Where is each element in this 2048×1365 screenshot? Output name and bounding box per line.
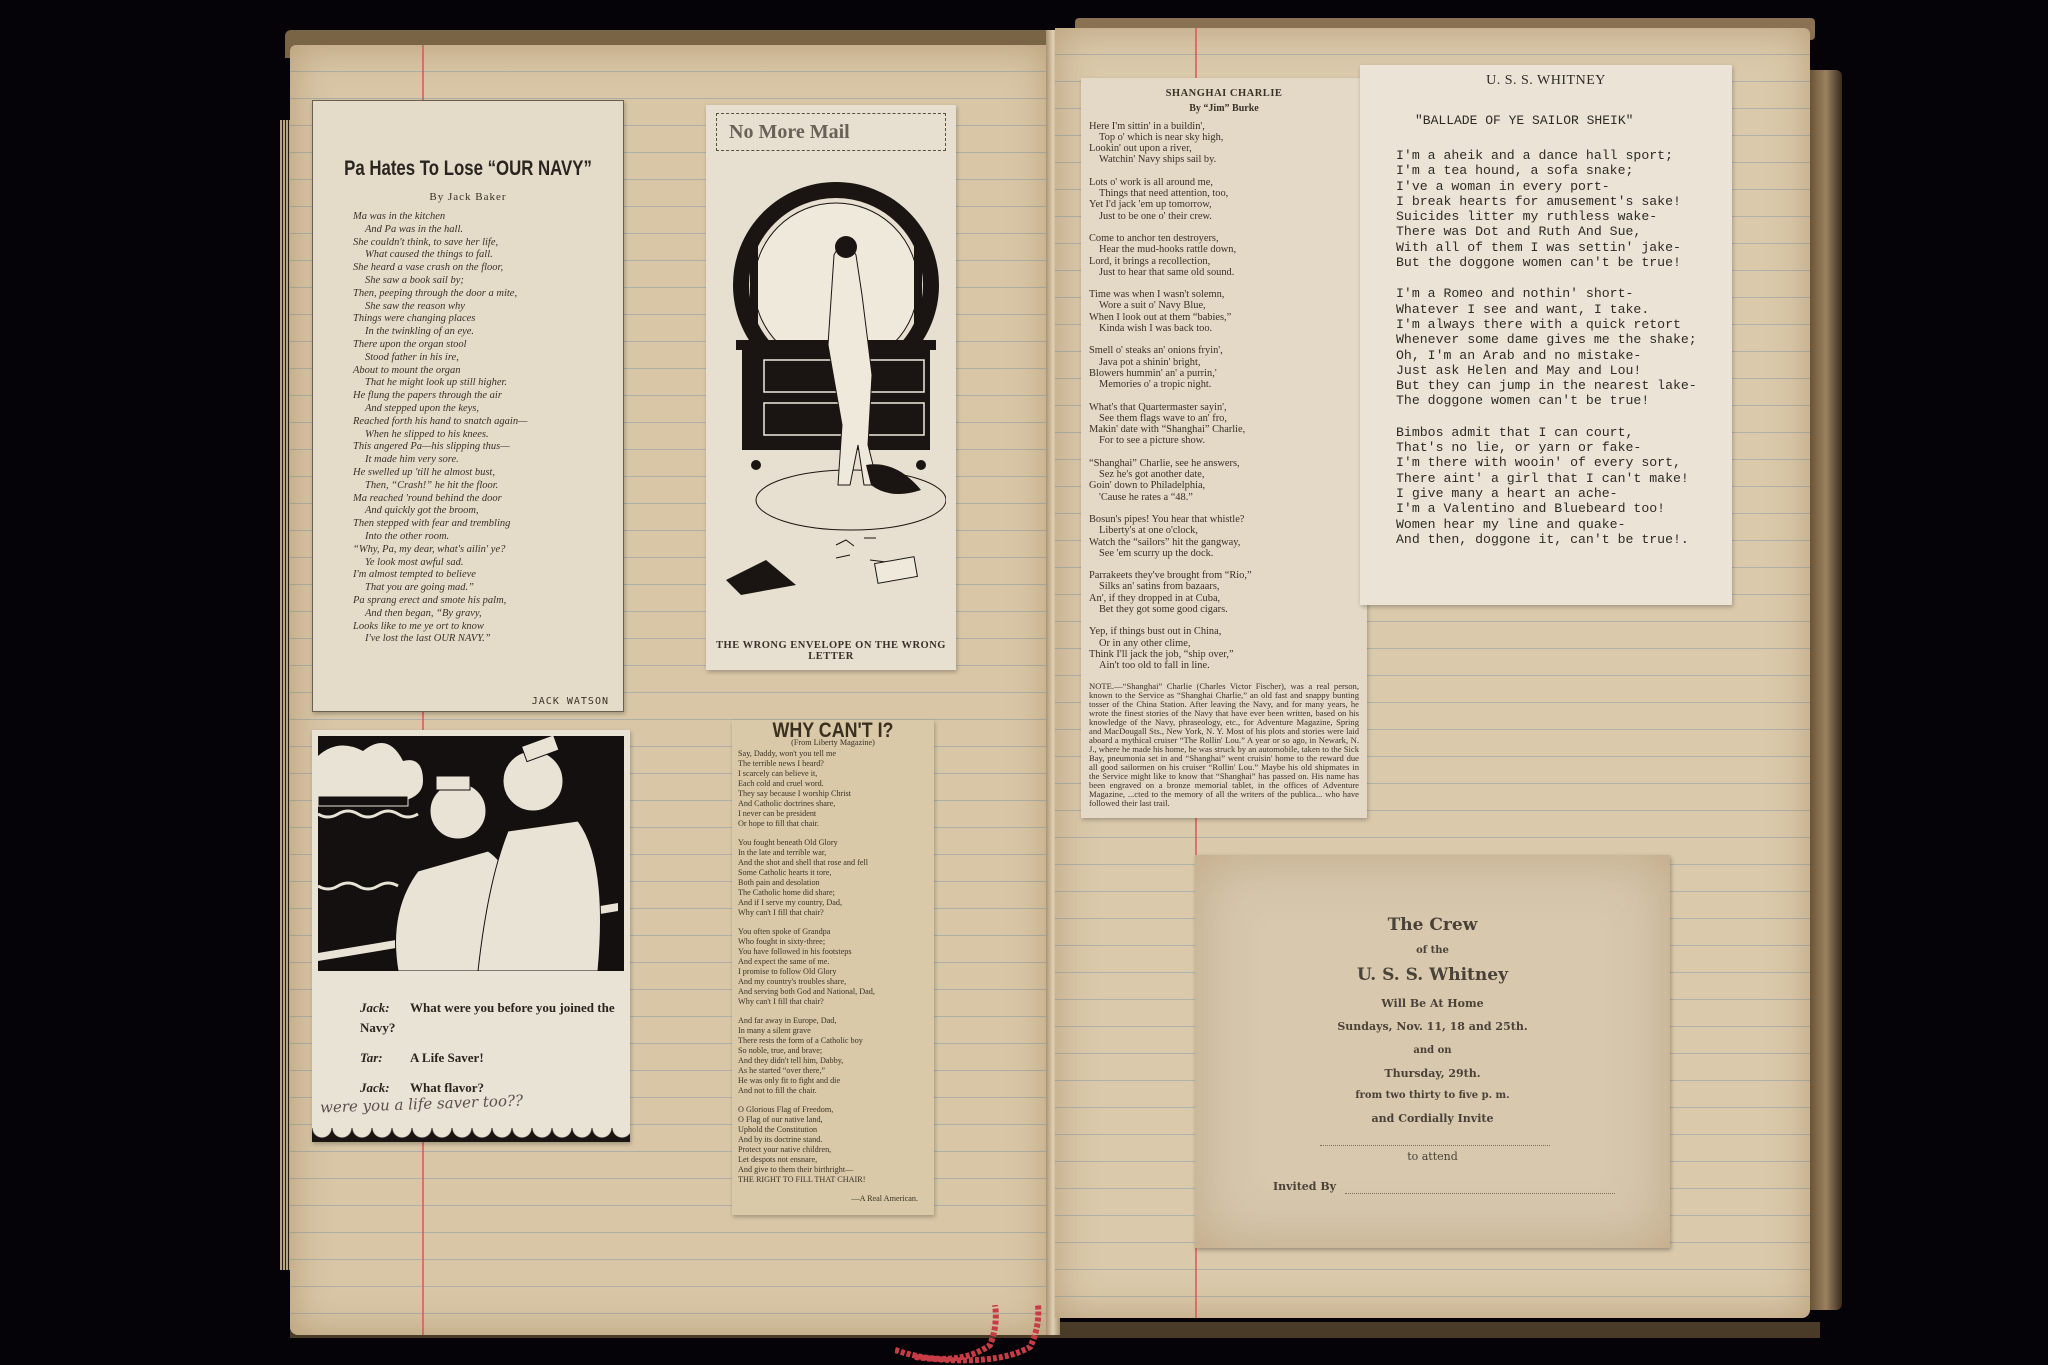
poem-line: You often spoke of Grandpa [738, 927, 928, 937]
poem-stanza: What's that Quartermaster sayin',See the… [1089, 402, 1359, 447]
poem-stanza: O Glorious Flag of Freedom,O Flag of our… [738, 1105, 928, 1185]
poem-line: This angered Pa—his slipping thus— [353, 441, 623, 454]
poem-body: Here I'm sittin' in a buildin',Top o' wh… [1089, 121, 1359, 672]
poem-stanza: Say, Daddy, won't you tell meThe terribl… [738, 749, 928, 829]
poem-line: Let despots not ensnare, [738, 1155, 928, 1165]
poem-line: Ma was in the kitchen [353, 211, 623, 224]
poem-line: And stepped upon the keys, [353, 403, 623, 416]
poem-line: And serving both God and National, Dad, [738, 987, 928, 997]
poem-line: In the late and terrible war, [738, 848, 928, 858]
handwritten-note: were you a life saver too?? [320, 1091, 524, 1116]
poem-stanza: Bimbos admit that I can court,That's no … [1360, 425, 1732, 547]
poem-line: Just to be one o' their crew. [1089, 211, 1359, 222]
poem-line: I'm a tea hound, a sofa snake; [1396, 163, 1732, 178]
poem-line: Looks like to me ye ort to know [353, 621, 623, 634]
poem-line: I never can be president [738, 809, 928, 819]
poem-line: Who fought in sixty-three; [738, 937, 928, 947]
poem-line: Kinda wish I was back too. [1089, 323, 1359, 334]
invitation-line: Sundays, Nov. 11, 18 and 25th. [1195, 1020, 1670, 1033]
two-sailors-cartoon-illustration [318, 736, 624, 971]
poem-stanza: “Shanghai” Charlie, see he answers,Sez h… [1089, 458, 1359, 503]
poem-line: Top o' which is near sky high, [1089, 132, 1359, 143]
clipping-note: NOTE.—“Shanghai” Charlie (Charles Victor… [1089, 682, 1359, 808]
poem-line: There rests the form of a Catholic boy [738, 1036, 928, 1046]
poem-line: Lord, it brings a recollection, [1089, 256, 1359, 267]
poem-line: Bet they got some good cigars. [1089, 604, 1359, 615]
poem-line: And the shot and shell that rose and fel… [738, 858, 928, 868]
poem-line: But the doggone women can't be true! [1396, 255, 1732, 270]
poem-line: Oh, I'm an Arab and no mistake- [1396, 348, 1732, 363]
poem-line: Silks an' satins from bazaars, [1089, 581, 1359, 592]
poem-line: She heard a vase crash on the floor, [353, 262, 623, 275]
poem-line: Or in any other clime, [1089, 638, 1359, 649]
invitation-card-uss-whitney: The Crewof theU. S. S. WhitneyWill Be At… [1195, 855, 1670, 1248]
invitation-line: U. S. S. Whitney [1195, 965, 1670, 985]
poem-line: For to see a picture show. [1089, 435, 1359, 446]
poem-line: Stood father in his ire, [353, 352, 623, 365]
poem-line: It made him very sore. [353, 454, 623, 467]
poem-line: I'm a aheik and a dance hall sport; [1396, 148, 1732, 163]
poem-line: Women hear my line and quake- [1396, 517, 1732, 532]
poem-line: Come to anchor ten destroyers, [1089, 233, 1359, 244]
poem-line: When I look out at them “babies,” [1089, 312, 1359, 323]
clipping-title: Pa Hates To Lose “OUR NAVY” [344, 157, 592, 181]
poem-line: And if I serve my country, Dad, [738, 898, 928, 908]
poem-line: What's that Quartermaster sayin', [1089, 402, 1359, 413]
poem-line: And far away in Europe, Dad, [738, 1016, 928, 1026]
poem-line: In many a silent grave [738, 1026, 928, 1036]
poem-line: O Flag of our native land, [738, 1115, 928, 1125]
poem-line: You have followed in his footsteps [738, 947, 928, 957]
invitation-line: and on [1195, 1045, 1670, 1056]
poem-line: See 'em scurry up the dock. [1089, 548, 1359, 559]
poem-line: About to mount the organ [353, 365, 623, 378]
poem-line: Then, peeping through the door a mite, [353, 288, 623, 301]
poem-line: What caused the things to fall. [353, 249, 623, 262]
poem-line: She saw the reason why [353, 301, 623, 314]
dialogue-row: Jack:What were you before you joined the… [360, 998, 630, 1038]
invitation-line: of the [1195, 945, 1670, 956]
poem-title: "BALLADE OF YE SAILOR SHEIK" [1360, 113, 1732, 128]
poem-line: The terrible news I heard? [738, 759, 928, 769]
poem-line: I've a woman in every port- [1396, 179, 1732, 194]
dialogue-speaker: Jack: [360, 998, 410, 1018]
poem-line: I'm a Valentino and Bluebeard too! [1396, 501, 1732, 516]
poem-line: Or hope to fill that chair. [738, 819, 928, 829]
poem-line: So noble, true, and brave; [738, 1046, 928, 1056]
poem-stanza: You often spoke of GrandpaWho fought in … [738, 927, 928, 1007]
poem-line: Pa sprang erect and smote his palm, [353, 595, 623, 608]
poem-signature: —A Real American. [738, 1194, 928, 1204]
poem-line: In the twinkling of an eye. [353, 326, 623, 339]
poem-line: That's no lie, or yarn or fake- [1396, 440, 1732, 455]
clipping-shanghai-charlie: SHANGHAI CHARLIE By “Jim” Burke Here I'm… [1081, 78, 1367, 818]
poem-line: There aint' a girl that I can't make! [1396, 471, 1732, 486]
poem-line: Bimbos admit that I can court, [1396, 425, 1732, 440]
poem-line: They say because I worship Christ [738, 789, 928, 799]
poem-line: And they didn't tell him, Dabby, [738, 1056, 928, 1066]
blank-line [1345, 1193, 1615, 1194]
poem-line: Things were changing places [353, 313, 623, 326]
poem-stanza: Time was when I wasn't solemn,Wore a sui… [1089, 289, 1359, 334]
poem-stanza: Bosun's pipes! You hear that whistle?Lib… [1089, 514, 1359, 559]
poem-line: Why can't I fill that chair? [738, 908, 928, 918]
poem-line: With all of them I was settin' jake- [1396, 240, 1732, 255]
poem-line: Whenever some dame gives me the shake; [1396, 332, 1732, 347]
poem-line: When he slipped to his knees. [353, 429, 623, 442]
clipping-why-cant-i: WHY CAN'T I? (From Liberty Magazine) Say… [732, 720, 934, 1215]
poem-line: She saw a book sail by; [353, 275, 623, 288]
poem-line: Goin' down to Philadelphia, [1089, 480, 1359, 491]
artist-signature: JACK WATSON [532, 696, 609, 707]
poem-stanza: And far away in Europe, Dad,In many a si… [738, 1016, 928, 1096]
poem-stanza: Lots o' work is all around me,Things tha… [1089, 177, 1359, 222]
poem-line: Yet I'd jack 'em up tomorrow, [1089, 199, 1359, 210]
poem-line: Wore a suit o' Navy Blue, [1089, 300, 1359, 311]
poem-line: Think I'll jack the job, “ship over,” [1089, 649, 1359, 660]
poem-line: An', if they dropped in at Cuba, [1089, 593, 1359, 604]
poem-line: I promise to follow Old Glory [738, 967, 928, 977]
poem-line: And by its doctrine stand. [738, 1135, 928, 1145]
poem-line: And not to fill the chair. [738, 1086, 928, 1096]
clipping-byline: By “Jim” Burke [1089, 103, 1359, 114]
poem-stanza: I'm a aheik and a dance hall sport;I'm a… [1360, 148, 1732, 270]
poem-line: 'Cause he rates a “48.” [1089, 492, 1359, 503]
poem-line: He flung the papers through the air [353, 390, 623, 403]
invitation-line: and Cordially Invite [1195, 1112, 1670, 1125]
poem-line: I scarcely can believe it, [738, 769, 928, 779]
poem-line: And Catholic doctrines share, [738, 799, 928, 809]
clipping-no-more-mail: No More Mail THE WRONG ENVELOPE ON THE W… [706, 105, 956, 670]
poem-line: The Catholic home did share; [738, 888, 928, 898]
poem-line: That you are going mad.” [353, 582, 623, 595]
poem-body: I'm a aheik and a dance hall sport;I'm a… [1360, 148, 1732, 547]
poem-line: Watch the “sailors” hit the gangway, [1089, 537, 1359, 548]
poem-line: He swelled up 'till he almost bust, [353, 467, 623, 480]
poem-line: O Glorious Flag of Freedom, [738, 1105, 928, 1115]
poem-stanza: Here I'm sittin' in a buildin',Top o' wh… [1089, 121, 1359, 166]
poem-line: There was Dot and Ruth And Sue, [1396, 224, 1732, 239]
poem-stanza: You fought beneath Old GloryIn the late … [738, 838, 928, 918]
poem-line: And my country's troubles share, [738, 977, 928, 987]
poem-line: And then, doggone it, can't be true!. [1396, 532, 1732, 547]
poem-line: There upon the organ stool [353, 339, 623, 352]
poem-line: And give to them their birthright— [738, 1165, 928, 1175]
poem-line: And quickly got the broom, [353, 505, 623, 518]
poem-line: And then began, “By gravy, [353, 608, 623, 621]
right-page-stack-edge [1810, 70, 1842, 1310]
poem-line: Parrakeets they've brought from “Rio,” [1089, 570, 1359, 581]
poem-line: Ain't too old to fall in line. [1089, 660, 1359, 671]
poem-line: See them flags wave to an' fro, [1089, 413, 1359, 424]
poem-line: I give many a heart an ache- [1396, 486, 1732, 501]
poem-line: He was only fit to fight and die [738, 1076, 928, 1086]
clipping-caption: THE WRONG ENVELOPE ON THE WRONG LETTER [712, 640, 950, 662]
ship-header: U. S. S. WHITNEY [1360, 73, 1732, 89]
poem-line: Smell o' steaks an' onions fryin', [1089, 345, 1359, 356]
dialogue-speaker: Tar: [360, 1048, 410, 1068]
poem-line: Ye look most awful sad. [353, 557, 623, 570]
clipping-life-saver-cartoon: Jack:What were you before you joined the… [312, 730, 630, 1142]
poem-line: Just to hear that same old sound. [1089, 267, 1359, 278]
poem-line: Suicides litter my ruthless wake- [1396, 209, 1732, 224]
dialogue-line: A Life Saver! [410, 1050, 484, 1065]
poem-line: Protect your native children, [738, 1145, 928, 1155]
poem-line: “Why, Pa, my dear, what's ailin' ye? [353, 544, 623, 557]
scalloped-border [312, 1128, 630, 1142]
poem-line: Uphold the Constitution [738, 1125, 928, 1135]
poem-stanza: Come to anchor ten destroyers,Hear the m… [1089, 233, 1359, 278]
dialogue-row: Tar:A Life Saver! [360, 1048, 630, 1068]
poem-stanza: Parrakeets they've brought from “Rio,”Si… [1089, 570, 1359, 615]
invitation-line: from two thirty to five p. m. [1195, 1090, 1670, 1101]
poem-line: Watchin' Navy ships sail by. [1089, 154, 1359, 165]
invited-by-label: Invited By [1273, 1180, 1336, 1193]
blank-line [1320, 1145, 1550, 1146]
poem-line: But they can jump in the nearest lake- [1396, 378, 1732, 393]
poem-line: Why can't I fill that chair? [738, 997, 928, 1007]
poem-line: Into the other room. [353, 531, 623, 544]
poem-line: Here I'm sittin' in a buildin', [1089, 121, 1359, 132]
poem-line: I'm a Romeo and nothin' short- [1396, 286, 1732, 301]
poem-line: Some Catholic hearts it tore, [738, 868, 928, 878]
typed-poem-ballade-of-ye-sailor-sheik: U. S. S. WHITNEY "BALLADE OF YE SAILOR S… [1360, 65, 1732, 605]
poem-line: Memories o' a tropic night. [1089, 379, 1359, 390]
attend-label: to attend [1195, 1150, 1670, 1163]
poem-line: I break hearts for amusement's sake! [1396, 194, 1732, 209]
clipping-title: WHY CAN'T I? [752, 726, 914, 736]
poem-line: Just ask Helen and May and Lou! [1396, 363, 1732, 378]
poem-stanza: Yep, if things bust out in China,Or in a… [1089, 626, 1359, 671]
clipping-pa-hates-to-lose-our-navy: Pa Hates To Lose “OUR NAVY” By Jack Bake… [312, 100, 624, 712]
poem-line: “Shanghai” Charlie, see he answers, [1089, 458, 1359, 469]
poem-body: Ma was in the kitchenAnd Pa was in the h… [313, 211, 623, 646]
poem-line: She couldn't think, to save her life, [353, 237, 623, 250]
poem-line: Java pot a shinin' bright, [1089, 357, 1359, 368]
invitation-line: The Crew [1195, 915, 1670, 935]
poem-line: Sez he's got another date, [1089, 469, 1359, 480]
poem-line: Time was when I wasn't solemn, [1089, 289, 1359, 300]
poem-line: And Pa was in the hall. [353, 224, 623, 237]
poem-line: Both pain and desolation [738, 878, 928, 888]
clipping-title: SHANGHAI CHARLIE [1089, 88, 1359, 99]
poem-line: Liberty's at one o'clock, [1089, 525, 1359, 536]
poem-stanza: I'm a Romeo and nothin' short-Whatever I… [1360, 286, 1732, 408]
poem-line: I'm always there with a quick retort [1396, 317, 1732, 332]
poem-line: Lookin' out upon a river, [1089, 143, 1359, 154]
poem-line: Ma reached 'round behind the door [353, 493, 623, 506]
poem-line: Blowers hummin' an' a purrin,' [1089, 368, 1359, 379]
poem-line: You fought beneath Old Glory [738, 838, 928, 848]
poem-body: Say, Daddy, won't you tell meThe terribl… [738, 749, 928, 1185]
poem-line: Bosun's pipes! You hear that whistle? [1089, 514, 1359, 525]
poem-line: THE RIGHT TO FILL THAT CHAIR! [738, 1175, 928, 1185]
poem-line: Yep, if things bust out in China, [1089, 626, 1359, 637]
woman-at-mirror-illustration [716, 165, 946, 605]
poem-line: Then stepped with fear and trembling [353, 518, 623, 531]
poem-line: The doggone women can't be true! [1396, 393, 1732, 408]
poem-line: I'm almost tempted to believe [353, 569, 623, 582]
clipping-masthead: No More Mail [716, 113, 946, 151]
poem-line: I'm there with wooin' of every sort, [1396, 455, 1732, 470]
invitation-line: Thursday, 29th. [1195, 1067, 1670, 1080]
invitation-line: Will Be At Home [1195, 997, 1670, 1010]
poem-line: Say, Daddy, won't you tell me [738, 749, 928, 759]
poem-line: That he might look up still higher. [353, 377, 623, 390]
poem-line: Each cold and cruel word. [738, 779, 928, 789]
poem-line: Lots o' work is all around me, [1089, 177, 1359, 188]
poem-line: Reached forth his hand to snatch again— [353, 416, 623, 429]
poem-line: I've lost the last OUR NAVY.” [353, 633, 623, 646]
poem-stanza: Smell o' steaks an' onions fryin',Java p… [1089, 345, 1359, 390]
red-cord-bookmark [895, 1305, 1135, 1365]
poem-line: As he started “over there,” [738, 1066, 928, 1076]
poem-line: And expect the same of me. [738, 957, 928, 967]
poem-line: Hear the mud-hooks rattle down, [1089, 244, 1359, 255]
poem-line: Whatever I see and want, I take. [1396, 302, 1732, 317]
poem-line: Things that need attention, too, [1089, 188, 1359, 199]
clipping-byline: By Jack Baker [313, 191, 623, 203]
poem-line: Makin' date with “Shanghai” Charlie, [1089, 424, 1359, 435]
poem-line: Then, “Crash!” he hit the floor. [353, 480, 623, 493]
